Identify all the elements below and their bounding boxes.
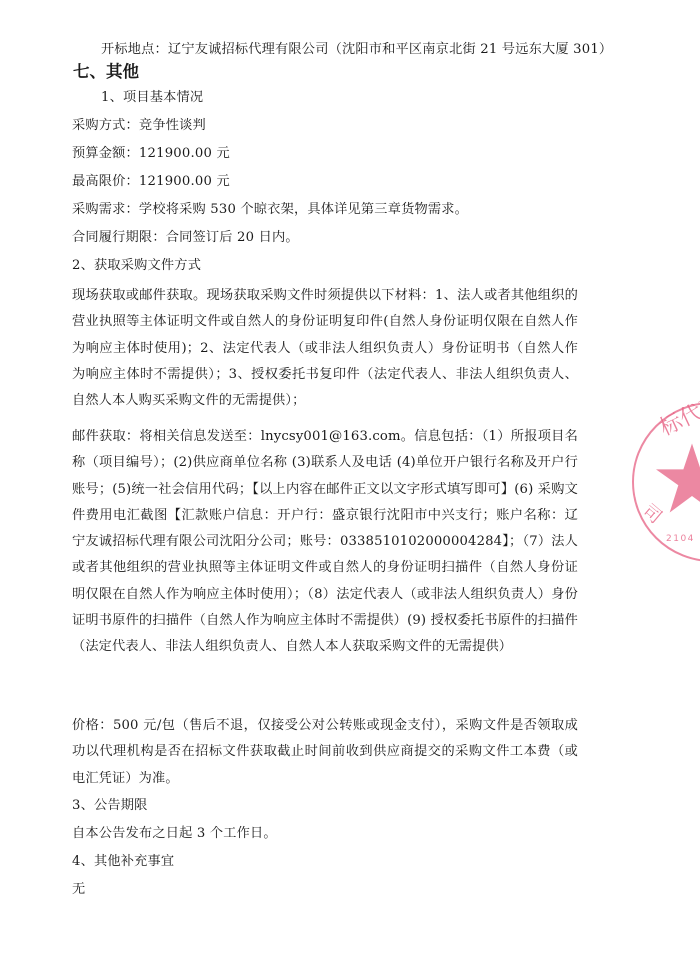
company-seal: 标代理 司 2104	[632, 402, 700, 562]
subsection-1-title: 1、项目基本情况	[101, 90, 621, 106]
price-paragraph: 价格：500 元/包（售后不退，仅接受公对公转账或现金支付），采购文件是否领取成…	[72, 713, 578, 792]
subsection-3-title: 3、公告期限	[72, 798, 592, 814]
subsection-2-title: 2、获取采购文件方式	[72, 258, 592, 274]
subsection-4-title: 4、其他补充事宜	[72, 854, 592, 870]
document-page: 开标地点：辽宁友诚招标代理有限公司（沈阳市和平区南京北街 21 号远东大厦 30…	[0, 0, 700, 970]
max-price: 最高限价：121900.00 元	[72, 174, 592, 190]
supplementary-matters: 无	[72, 882, 592, 898]
contract-period: 合同履行期限：合同签订后 20 日内。	[72, 230, 592, 246]
procurement-method: 采购方式：竞争性谈判	[72, 118, 592, 134]
budget-amount: 预算金额：121900.00 元	[72, 146, 592, 162]
seal-number: 2104	[666, 534, 695, 544]
bid-opening-location: 开标地点：辽宁友诚招标代理有限公司（沈阳市和平区南京北街 21 号远东大厦 30…	[101, 42, 621, 58]
section-heading: 七、其他	[73, 62, 139, 82]
onsite-acquisition-paragraph: 现场获取或邮件获取。现场获取采购文件时须提供以下材料：1、法人或者其他组织的营业…	[72, 283, 578, 414]
seal-arc-text: 标代理	[654, 386, 700, 442]
procurement-requirement: 采购需求：学校将采购 530 个晾衣架，具体详见第三章货物需求。	[72, 202, 592, 218]
email-acquisition-paragraph: 邮件获取：将相关信息发送至：lnycsy001@163.com。信息包括：（1）…	[72, 424, 578, 661]
announcement-period: 自本公告发布之日起 3 个工作日。	[72, 826, 592, 842]
